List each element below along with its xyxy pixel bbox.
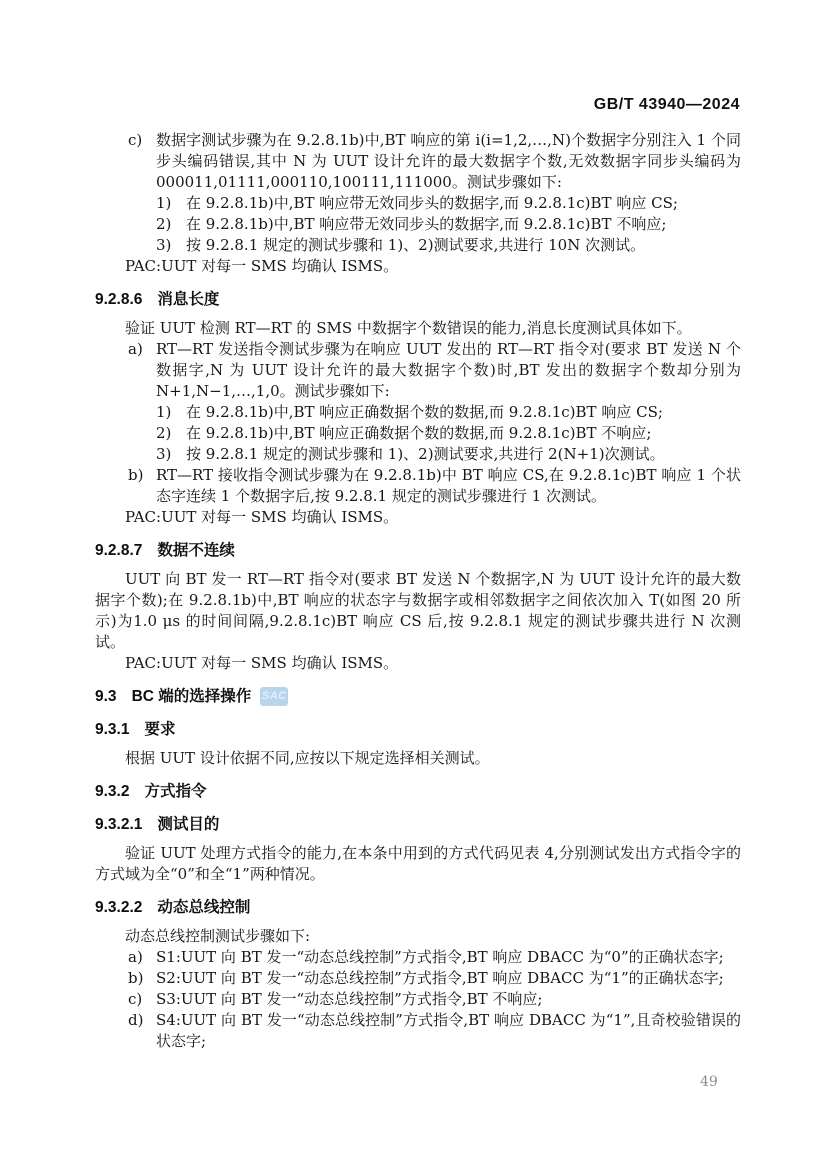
sub-item-text: 在 9.2.8.1b)中,BT 响应带无效同步头的数据字,而 9.2.8.1c)… — [186, 214, 741, 235]
list-item-label: d) — [128, 1010, 156, 1052]
sub-item-label: 3) — [156, 444, 186, 465]
clause-heading: 9.3.2 方式指令 — [95, 781, 741, 802]
list-item: a) S1:UUT 向 BT 发一“动态总线控制”方式指令,BT 响应 DBAC… — [128, 947, 741, 968]
sub-list-item: 1) 在 9.2.8.1b)中,BT 响应带无效同步头的数据字,而 9.2.8.… — [156, 193, 741, 214]
sub-item-label: 2) — [156, 423, 186, 444]
list-item: c) 数据字测试步骤为在 9.2.8.1b)中,BT 响应的第 i(i=1,2,… — [128, 130, 741, 193]
clause-title: 动态总线控制 — [157, 897, 250, 918]
list-item-label: a) — [128, 339, 156, 402]
sub-item-text: 按 9.2.8.1 规定的测试步骤和 1)、2)测试要求,共进行 2(N+1)次… — [186, 444, 741, 465]
page-content: c) 数据字测试步骤为在 9.2.8.1b)中,BT 响应的第 i(i=1,2,… — [95, 130, 741, 1052]
list-item: b) RT—RT 接收指令测试步骤为在 9.2.8.1b)中 BT 响应 CS,… — [128, 465, 741, 507]
paragraph: UUT 向 BT 发一 RT—RT 指令对(要求 BT 发送 N 个数据字,N … — [95, 569, 741, 653]
sub-list-item: 1) 在 9.2.8.1b)中,BT 响应正确数据个数的数据,而 9.2.8.1… — [156, 402, 741, 423]
pac-line: PAC:UUT 对每一 SMS 均确认 ISMS。 — [125, 256, 741, 277]
list-item: d) S4:UUT 向 BT 发一“动态总线控制”方式指令,BT 响应 DBAC… — [128, 1010, 741, 1052]
list-item-text: 数据字测试步骤为在 9.2.8.1b)中,BT 响应的第 i(i=1,2,…,N… — [156, 130, 741, 193]
paragraph: 动态总线控制测试步骤如下: — [95, 926, 741, 947]
clause-title: 要求 — [144, 719, 175, 740]
clause-number: 9.2.8.7 — [95, 540, 142, 561]
clause-number: 9.3.1 — [95, 719, 129, 740]
paragraph: 验证 UUT 处理方式指令的能力,在本条中用到的方式代码见表 4,分别测试发出方… — [95, 843, 741, 885]
sub-item-text: 在 9.2.8.1b)中,BT 响应正确数据个数的数据,而 9.2.8.1c)B… — [186, 402, 741, 423]
sub-item-label: 1) — [156, 402, 186, 423]
list-item: a) RT—RT 发送指令测试步骤为在响应 UUT 发出的 RT—RT 指令对(… — [128, 339, 741, 402]
clause-title: 消息长度 — [157, 289, 219, 310]
sub-list-item: 3) 按 9.2.8.1 规定的测试步骤和 1)、2)测试要求,共进行 2(N+… — [156, 444, 741, 465]
clause-title: 测试目的 — [157, 814, 219, 835]
sub-item-label: 2) — [156, 214, 186, 235]
list-item-text: S3:UUT 向 BT 发一“动态总线控制”方式指令,BT 不响应; — [156, 989, 741, 1010]
clause-heading: 9.3.2.2 动态总线控制 — [95, 897, 741, 918]
clause-number: 9.3.2 — [95, 781, 129, 802]
list-item-label: b) — [128, 968, 156, 989]
list-item-label: c) — [128, 989, 156, 1010]
list-item-text: S2:UUT 向 BT 发一“动态总线控制”方式指令,BT 响应 DBACC 为… — [156, 968, 741, 989]
clause-title: BC 端的选择操作 — [132, 686, 252, 707]
sub-item-text: 在 9.2.8.1b)中,BT 响应正确数据个数的数据,而 9.2.8.1c)B… — [186, 423, 741, 444]
list-item: b) S2:UUT 向 BT 发一“动态总线控制”方式指令,BT 响应 DBAC… — [128, 968, 741, 989]
sub-item-text: 按 9.2.8.1 规定的测试步骤和 1)、2)测试要求,共进行 10N 次测试… — [186, 235, 741, 256]
clause-number: 9.3 — [95, 686, 117, 707]
clause-heading: 9.2.8.7 数据不连续 — [95, 540, 741, 561]
list-item-text: S4:UUT 向 BT 发一“动态总线控制”方式指令,BT 响应 DBACC 为… — [156, 1010, 741, 1052]
clause-heading: 9.3.1 要求 — [95, 719, 741, 740]
clause-heading: 9.3 BC 端的选择操作 SAC — [95, 686, 741, 707]
list-item-text: RT—RT 接收指令测试步骤为在 9.2.8.1b)中 BT 响应 CS,在 9… — [156, 465, 741, 507]
clause-number: 9.3.2.1 — [95, 814, 142, 835]
clause-title: 方式指令 — [144, 781, 206, 802]
clause-title: 数据不连续 — [157, 540, 235, 561]
list-item-text: RT—RT 发送指令测试步骤为在响应 UUT 发出的 RT—RT 指令对(要求 … — [156, 339, 741, 402]
sub-list-item: 3) 按 9.2.8.1 规定的测试步骤和 1)、2)测试要求,共进行 10N … — [156, 235, 741, 256]
sac-watermark-logo: SAC — [260, 687, 288, 706]
list-item: c) S3:UUT 向 BT 发一“动态总线控制”方式指令,BT 不响应; — [128, 989, 741, 1010]
clause-number: 9.3.2.2 — [95, 897, 142, 918]
pac-line: PAC:UUT 对每一 SMS 均确认 ISMS。 — [125, 507, 741, 528]
sub-item-label: 3) — [156, 235, 186, 256]
clause-number: 9.2.8.6 — [95, 289, 142, 310]
page-number: 49 — [700, 1074, 718, 1090]
pac-line: PAC:UUT 对每一 SMS 均确认 ISMS。 — [125, 653, 741, 674]
clause-heading: 9.3.2.1 测试目的 — [95, 814, 741, 835]
document-page: GB/T 43940—2024 c) 数据字测试步骤为在 9.2.8.1b)中,… — [0, 0, 827, 1170]
sub-item-text: 在 9.2.8.1b)中,BT 响应带无效同步头的数据字,而 9.2.8.1c)… — [186, 193, 741, 214]
paragraph: 根据 UUT 设计依据不同,应按以下规定选择相关测试。 — [95, 748, 741, 769]
paragraph: 验证 UUT 检测 RT—RT 的 SMS 中数据字个数错误的能力,消息长度测试… — [95, 318, 741, 339]
list-item-label: a) — [128, 947, 156, 968]
standard-code-header: GB/T 43940—2024 — [594, 96, 740, 114]
list-item-label: c) — [128, 130, 156, 193]
sub-list-item: 2) 在 9.2.8.1b)中,BT 响应带无效同步头的数据字,而 9.2.8.… — [156, 214, 741, 235]
clause-heading: 9.2.8.6 消息长度 — [95, 289, 741, 310]
list-item-text: S1:UUT 向 BT 发一“动态总线控制”方式指令,BT 响应 DBACC 为… — [156, 947, 741, 968]
sub-item-label: 1) — [156, 193, 186, 214]
sub-list-item: 2) 在 9.2.8.1b)中,BT 响应正确数据个数的数据,而 9.2.8.1… — [156, 423, 741, 444]
list-item-label: b) — [128, 465, 156, 507]
